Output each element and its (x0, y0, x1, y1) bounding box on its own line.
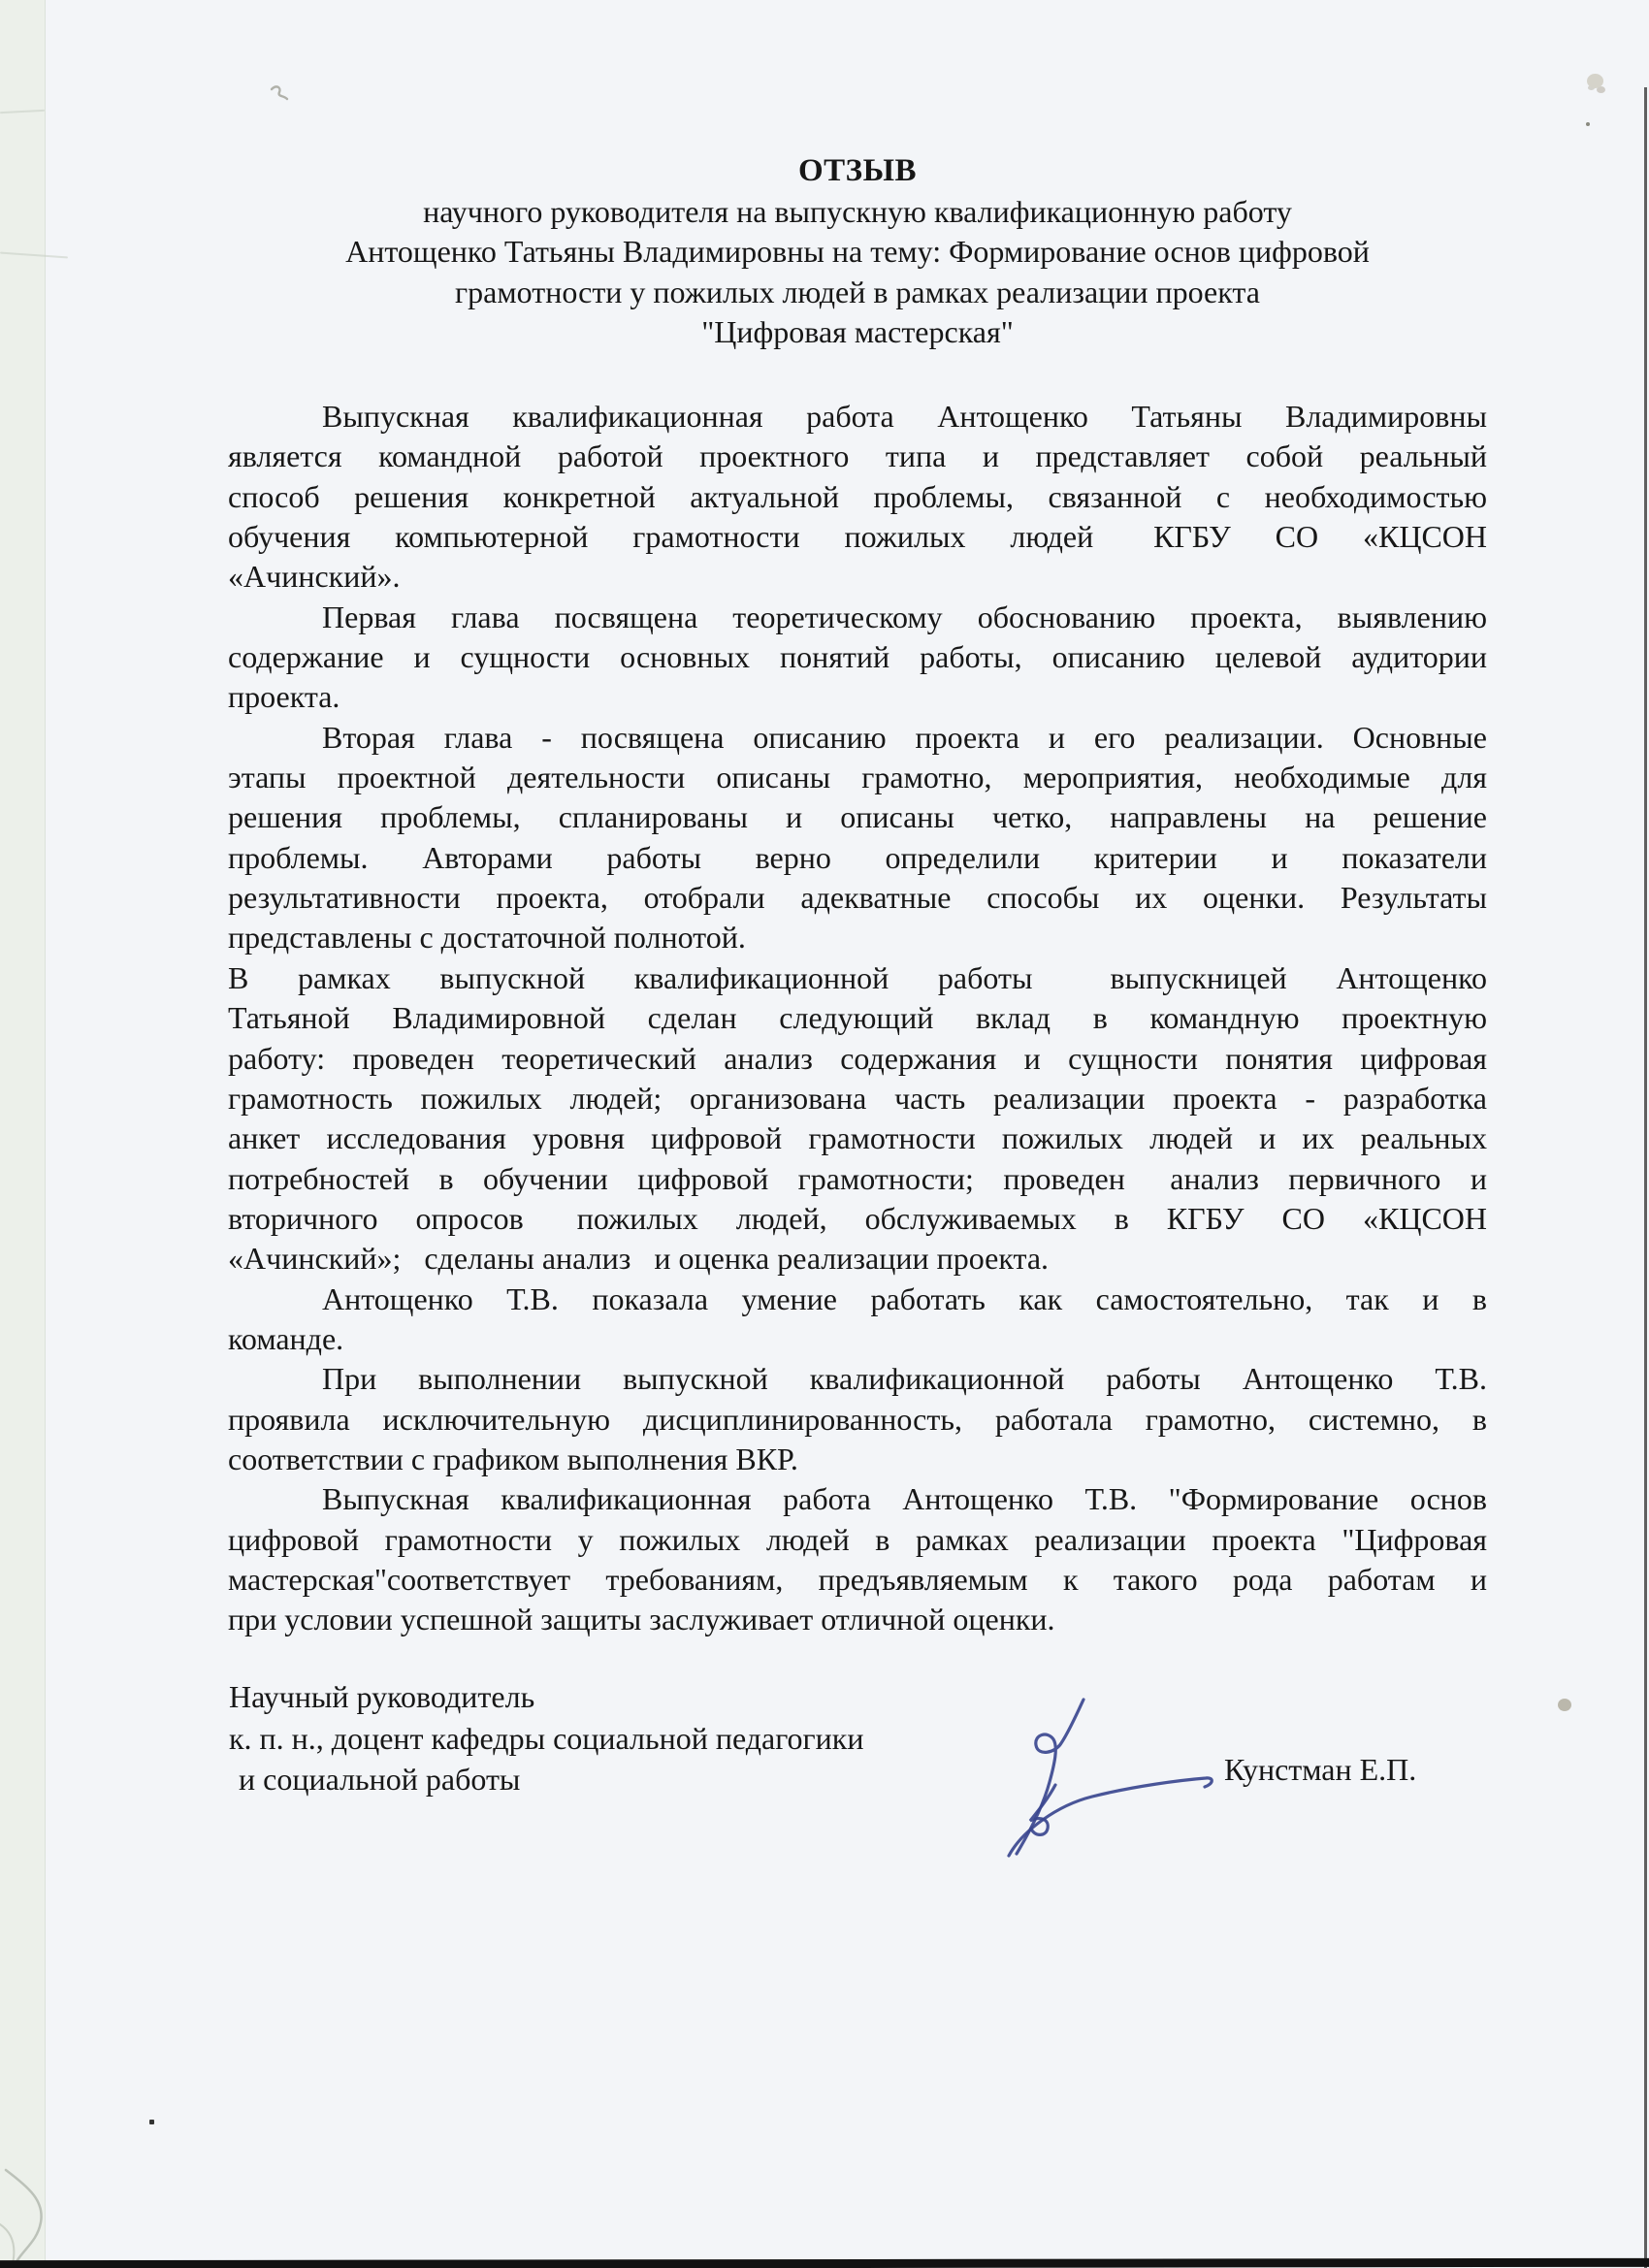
handwritten-signature-icon (960, 1683, 1251, 1887)
paragraph: При выполнении выпускной квалификационно… (228, 1359, 1487, 1479)
subtitle-line: грамотности у пожилых людей в рамках реа… (228, 273, 1487, 313)
scanned-review-page: ОТЗЫВ научного руководителя на выпускную… (0, 0, 1649, 2268)
text-line: является командной работой проектного ти… (228, 437, 1487, 476)
text-line: При выполнении выпускной квалификационно… (228, 1359, 1487, 1399)
paragraph: Вторая глава - посвящена описанию проект… (228, 718, 1487, 958)
text-line: вторичного опросов пожилых людей, обслуж… (228, 1199, 1487, 1239)
text-line: проекта. (228, 677, 1487, 717)
paragraph: Антощенко Т.В. показала умение работать … (228, 1280, 1487, 1360)
text-line: В рамках выпускной квалификационной рабо… (228, 958, 1487, 998)
text-line: способ решения конкретной актуальной про… (228, 477, 1487, 517)
paragraph: Первая глава посвящена теоретическому об… (228, 598, 1487, 718)
text-line: содержание и сущности основных понятий р… (228, 637, 1487, 677)
text-line: грамотность пожилых людей; организована … (228, 1079, 1487, 1118)
text-line: «Ачинский». (228, 557, 1487, 597)
text-line: решения проблемы, спланированы и описаны… (228, 797, 1487, 837)
document-subtitle: научного руководителя на выпускную квали… (228, 192, 1487, 353)
document-title: ОТЗЫВ (228, 151, 1487, 192)
text-line: анкет исследования уровня цифровой грамо… (228, 1118, 1487, 1158)
scanner-edge-bar (0, 2258, 1649, 2268)
text-line: проявила исключительную дисциплинированн… (228, 1400, 1487, 1440)
subtitle-line: Антощенко Татьяны Владимировны на тему: … (228, 232, 1487, 273)
text-line: соответствии с графиком выполнения ВКР. (228, 1440, 1487, 1479)
paper-crease-artifact (0, 110, 45, 113)
subtitle-line: научного руководителя на выпускную квали… (228, 192, 1487, 233)
text-line: цифровой грамотности у пожилых людей в р… (228, 1520, 1487, 1560)
scan-dot-artifact (1586, 122, 1590, 126)
paper-crease-artifact (0, 252, 68, 259)
text-line: результативности проекта, отобрали адекв… (228, 878, 1487, 918)
paragraph: Выпускная квалификационная работа Антоще… (228, 1479, 1487, 1639)
scan-dot-artifact (149, 2120, 154, 2124)
subtitle-line: "Цифровая мастерская" (228, 312, 1487, 353)
pencil-scribble-artifact (0, 2158, 136, 2268)
document-header: ОТЗЫВ научного руководителя на выпускную… (228, 151, 1487, 353)
signature-title-line: Научный руководитель (229, 1676, 863, 1718)
signature-titles: Научный руководительк. п. н., доцент каф… (229, 1676, 863, 1800)
text-line: представлены с достаточной полнотой. (228, 918, 1487, 957)
text-line: этапы проектной деятельности описаны гра… (228, 758, 1487, 797)
text-line: при условии успешной защиты заслуживает … (228, 1600, 1487, 1639)
text-line: Вторая глава - посвящена описанию проект… (228, 718, 1487, 758)
signature-title-line: к. п. н., доцент кафедры социальной педа… (229, 1718, 863, 1760)
scan-smudge-artifact (1587, 74, 1603, 88)
scan-smudge-artifact (1558, 1699, 1571, 1711)
text-line: команде. (228, 1319, 1487, 1359)
signature-title-line: и социальной работы (229, 1759, 863, 1800)
document-body: Выпускная квалификационная работа Антоще… (228, 397, 1487, 1640)
text-line: Выпускная квалификационная работа Антоще… (228, 1479, 1487, 1519)
paragraph: В рамках выпускной квалификационной рабо… (228, 958, 1487, 1280)
text-line: потребностей в обучении цифровой грамотн… (228, 1159, 1487, 1199)
text-line: обучения компьютерной грамотности пожилы… (228, 517, 1487, 557)
text-line: Первая глава посвящена теоретическому об… (228, 598, 1487, 637)
scan-edge-strip (0, 0, 46, 2268)
text-line: работу: проведен теоретический анализ со… (228, 1039, 1487, 1079)
text-line: Антощенко Т.В. показала умение работать … (228, 1280, 1487, 1319)
text-line: «Ачинский»; сделаны анализ и оценка реал… (228, 1239, 1487, 1279)
text-line: Выпускная квалификационная работа Антоще… (228, 397, 1487, 437)
signer-name: Кунстман Е.П. (1224, 1752, 1416, 1788)
scanner-edge-line (1644, 87, 1647, 2268)
text-line: Татьяной Владимировной сделан следующий … (228, 998, 1487, 1038)
text-line: мастерская"соответствует требованиям, пр… (228, 1560, 1487, 1600)
paragraph: Выпускная квалификационная работа Антоще… (228, 397, 1487, 598)
text-line: проблемы. Авторами работы верно определи… (228, 838, 1487, 878)
pencil-smudge-artifact (268, 81, 293, 105)
